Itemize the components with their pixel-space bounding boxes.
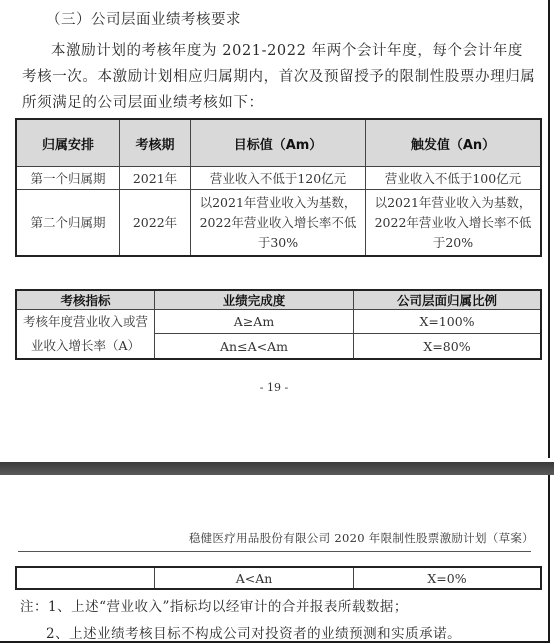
indicator-cell: 考核年度营业收入或营业收入增长率（A） [16,310,155,360]
table-cell: X=0% [354,567,542,589]
table-cell: X=80% [354,334,542,359]
ratio-table: 考核指标 业绩完成度 公司层面归属比例 考核年度营业收入或营业收入增长率（A） … [15,289,542,360]
table-cell: 以2021年营业收入为基数，2022年营业收入增长率不低于30% [191,190,366,257]
page-number: - 19 - [0,381,548,394]
column-header: 公司层面归属比例 [354,290,542,310]
column-header: 归属安排 [16,119,120,167]
column-header: 考核指标 [16,290,155,310]
table-cell: An≤A<Am [155,334,354,359]
column-header: 考核期 [120,119,191,167]
header-rule [18,551,531,552]
note-1: 注：1、上述“营业收入”指标均以经审计的合并报表所载数据； [20,595,408,615]
ratio-table-continued: A<An X=0% [15,566,542,590]
target-table: 归属安排 考核期 目标值（Am） 触发值（An） 第一个归属期 2021年 营业… [15,118,542,257]
table-cell: 第二个归属期 [16,190,120,257]
page-separator [0,462,554,475]
column-header: 触发值（An） [366,119,542,167]
column-header: 业绩完成度 [155,290,354,310]
table-row: A<An X=0% [16,567,541,589]
column-header: 目标值（Am） [191,119,366,167]
table-cell: A≥Am [155,310,354,334]
table-cell: 以2021年营业收入为基数，2022年营业收入增长率不低于20% [366,190,542,257]
table-cell: 2021年 [120,167,191,190]
table-cell: 营业收入不低于100亿元 [366,167,542,190]
section-heading: （三）公司层面业绩考核要求 [46,8,241,29]
table-header-row: 考核指标 业绩完成度 公司层面归属比例 [16,290,541,310]
table-cell: X=100% [354,310,542,334]
document-page-19: （三）公司层面业绩考核要求 本激励计划的考核年度为 2021-2022 年两个会… [0,0,550,458]
table-row: 第一个归属期 2021年 营业收入不低于120亿元 营业收入不低于100亿元 [16,167,541,190]
note-2: 2、上述业绩考核目标不构成公司对投资者的业绩预测和实质承诺。 [46,622,461,642]
table-header-row: 归属安排 考核期 目标值（Am） 触发值（An） [16,119,541,167]
table-row: 考核年度营业收入或营业收入增长率（A） A≥Am X=100% [16,310,541,334]
table-cell-empty [16,567,155,589]
document-page-20 [0,475,550,643]
table-row: 第二个归属期 2022年 以2021年营业收入为基数，2022年营业收入增长率不… [16,190,541,257]
table-cell: 2022年 [120,190,191,257]
intro-paragraph: 本激励计划的考核年度为 2021-2022 年两个会计年度，每个会计年度考核一次… [22,38,538,116]
table-cell: 第一个归属期 [16,167,120,190]
table-cell: A<An [155,567,354,589]
running-header: 稳健医疗用品股份有限公司 2020 年限制性股票激励计划（草案） [189,530,534,546]
table-cell: 营业收入不低于120亿元 [191,167,366,190]
